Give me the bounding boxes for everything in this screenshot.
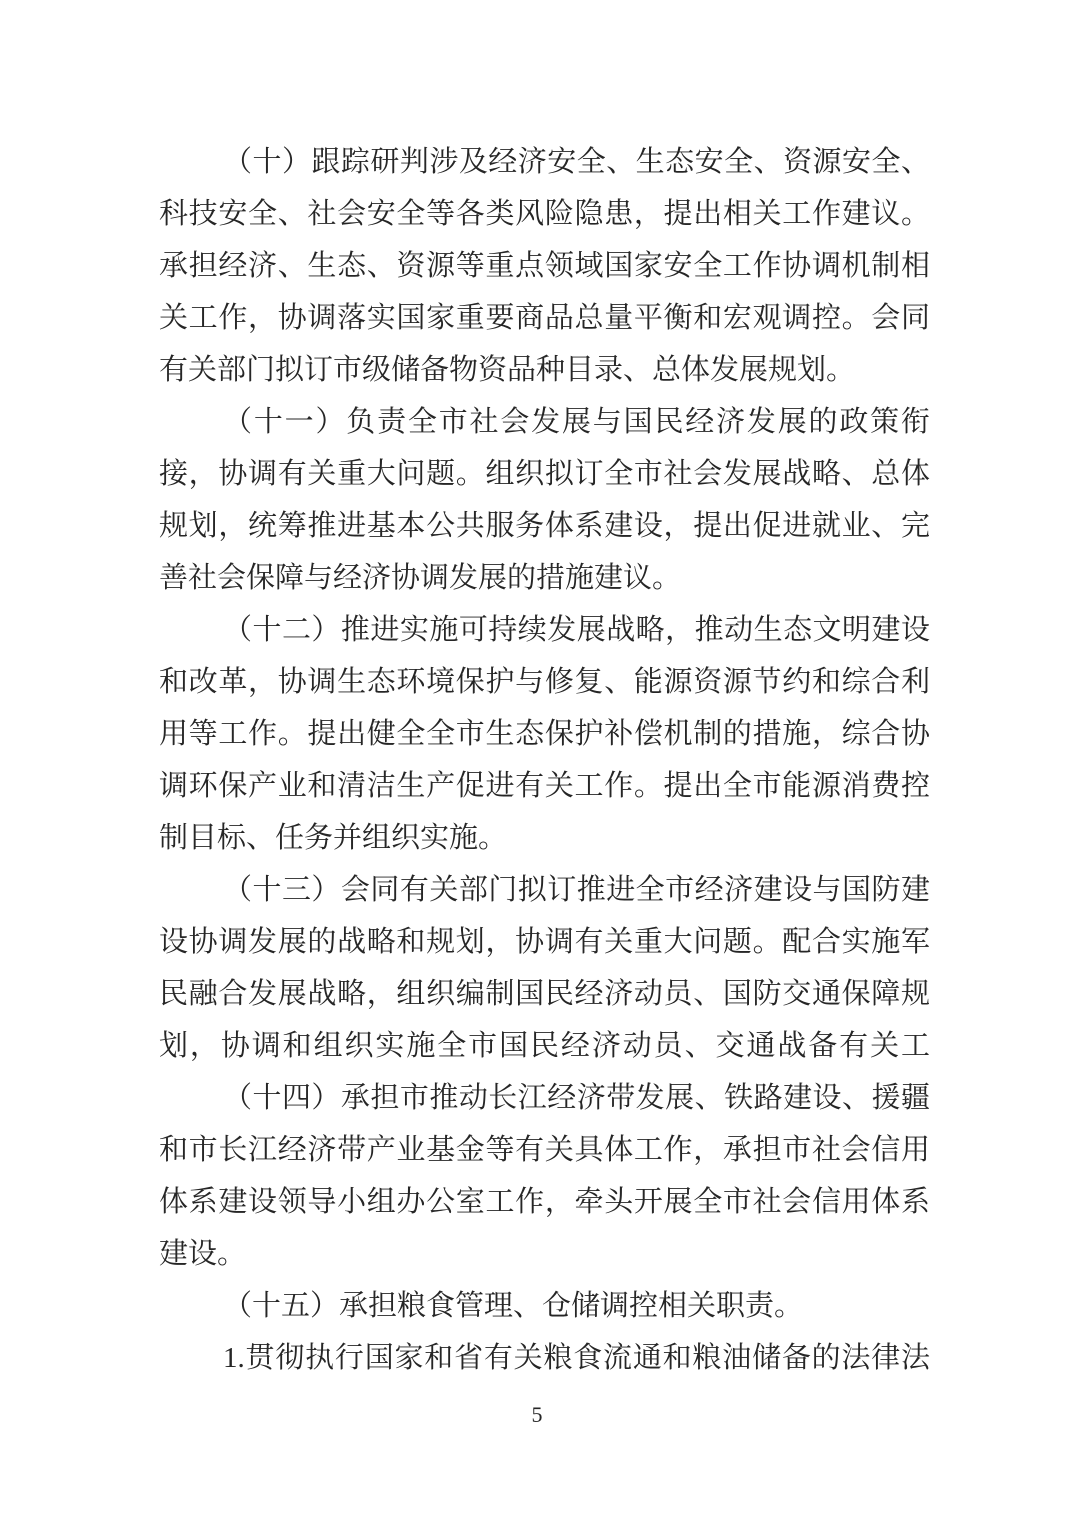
text-line: 建设。 — [159, 1228, 930, 1280]
text-line: 善社会保障与经济协调发展的措施建议。 — [159, 552, 930, 604]
text-line: 划，协调和组织实施全市国民经济动员、交通战备有关工作。 — [159, 1020, 930, 1072]
text-line: 调环保产业和清洁生产促进有关工作。提出全市能源消费控 — [159, 760, 930, 812]
text-line: 有关部门拟订市级储备物资品种目录、总体发展规划。 — [159, 344, 930, 396]
paragraph-subitem-1: 1.贯彻执行国家和省有关粮食流通和粮油储备的法律法 — [159, 1332, 930, 1384]
text-line: 体系建设领导小组办公室工作，牵头开展全市社会信用体系 — [159, 1176, 930, 1228]
text-line: 用等工作。提出健全全市生态保护补偿机制的措施，综合协 — [159, 708, 930, 760]
paragraph-item-13: （十三）会同有关部门拟订推进全市经济建设与国防建 设协调发展的战略和规划，协调有… — [159, 864, 930, 1072]
text-line: 关工作，协调落实国家重要商品总量平衡和宏观调控。会同 — [159, 292, 930, 344]
text-line: 和改革，协调生态环境保护与修复、能源资源节约和综合利 — [159, 656, 930, 708]
document-page: （十）跟踪研判涉及经济安全、生态安全、资源安全、 科技安全、社会安全等各类风险隐… — [0, 0, 1074, 1520]
paragraph-item-11: （十一）负责全市社会发展与国民经济发展的政策衔 接，协调有关重大问题。组织拟订全… — [159, 396, 930, 604]
text-line: （十一）负责全市社会发展与国民经济发展的政策衔 — [159, 396, 930, 448]
document-body: （十）跟踪研判涉及经济安全、生态安全、资源安全、 科技安全、社会安全等各类风险隐… — [159, 136, 930, 1384]
text-line: 民融合发展战略，组织编制国民经济动员、国防交通保障规 — [159, 968, 930, 1020]
text-line: （十五）承担粮食管理、仓储调控相关职责。 — [159, 1280, 930, 1332]
text-line: （十二）推进实施可持续发展战略，推动生态文明建设 — [159, 604, 930, 656]
text-line: （十四）承担市推动长江经济带发展、铁路建设、援疆 — [159, 1072, 930, 1124]
text-line: 接，协调有关重大问题。组织拟订全市社会发展战略、总体 — [159, 448, 930, 500]
text-line: （十三）会同有关部门拟订推进全市经济建设与国防建 — [159, 864, 930, 916]
text-line: 承担经济、生态、资源等重点领域国家安全工作协调机制相 — [159, 240, 930, 292]
paragraph-item-10: （十）跟踪研判涉及经济安全、生态安全、资源安全、 科技安全、社会安全等各类风险隐… — [159, 136, 930, 396]
page-number: 5 — [0, 1400, 1074, 1430]
text-line: 科技安全、社会安全等各类风险隐患，提出相关工作建议。 — [159, 188, 930, 240]
text-line: 设协调发展的战略和规划，协调有关重大问题。配合实施军 — [159, 916, 930, 968]
text-line: 1.贯彻执行国家和省有关粮食流通和粮油储备的法律法 — [159, 1332, 930, 1384]
paragraph-item-14: （十四）承担市推动长江经济带发展、铁路建设、援疆 和市长江经济带产业基金等有关具… — [159, 1072, 930, 1280]
paragraph-item-15: （十五）承担粮食管理、仓储调控相关职责。 — [159, 1280, 930, 1332]
text-line: （十）跟踪研判涉及经济安全、生态安全、资源安全、 — [159, 136, 930, 188]
paragraph-item-12: （十二）推进实施可持续发展战略，推动生态文明建设 和改革，协调生态环境保护与修复… — [159, 604, 930, 864]
text-line: 规划，统筹推进基本公共服务体系建设，提出促进就业、完 — [159, 500, 930, 552]
text-line: 制目标、任务并组织实施。 — [159, 812, 930, 864]
text-line: 和市长江经济带产业基金等有关具体工作，承担市社会信用 — [159, 1124, 930, 1176]
